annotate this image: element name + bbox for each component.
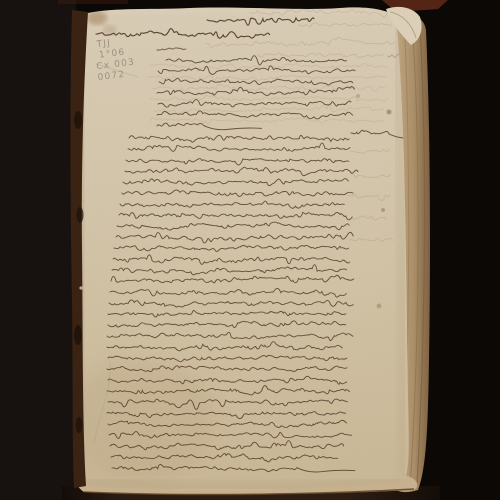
manuscript-scene: TJJ 1°06 Cx 003 0072 <box>0 0 500 500</box>
foxing-spot <box>377 304 382 309</box>
pencil-code-line: TJJ <box>95 38 112 50</box>
corner-stain <box>87 11 107 25</box>
background-left-shade <box>0 0 76 500</box>
photograph-of-manuscript: TJJ 1°06 Cx 003 0072 <box>0 0 500 500</box>
manuscript-page: TJJ 1°06 Cx 003 0072 <box>65 0 447 500</box>
foxing-spot <box>356 94 360 98</box>
foxing-spot <box>387 110 392 115</box>
foxing-spot <box>381 208 385 212</box>
age-shade-stain <box>65 360 215 480</box>
background-top-left-tint <box>58 0 128 4</box>
